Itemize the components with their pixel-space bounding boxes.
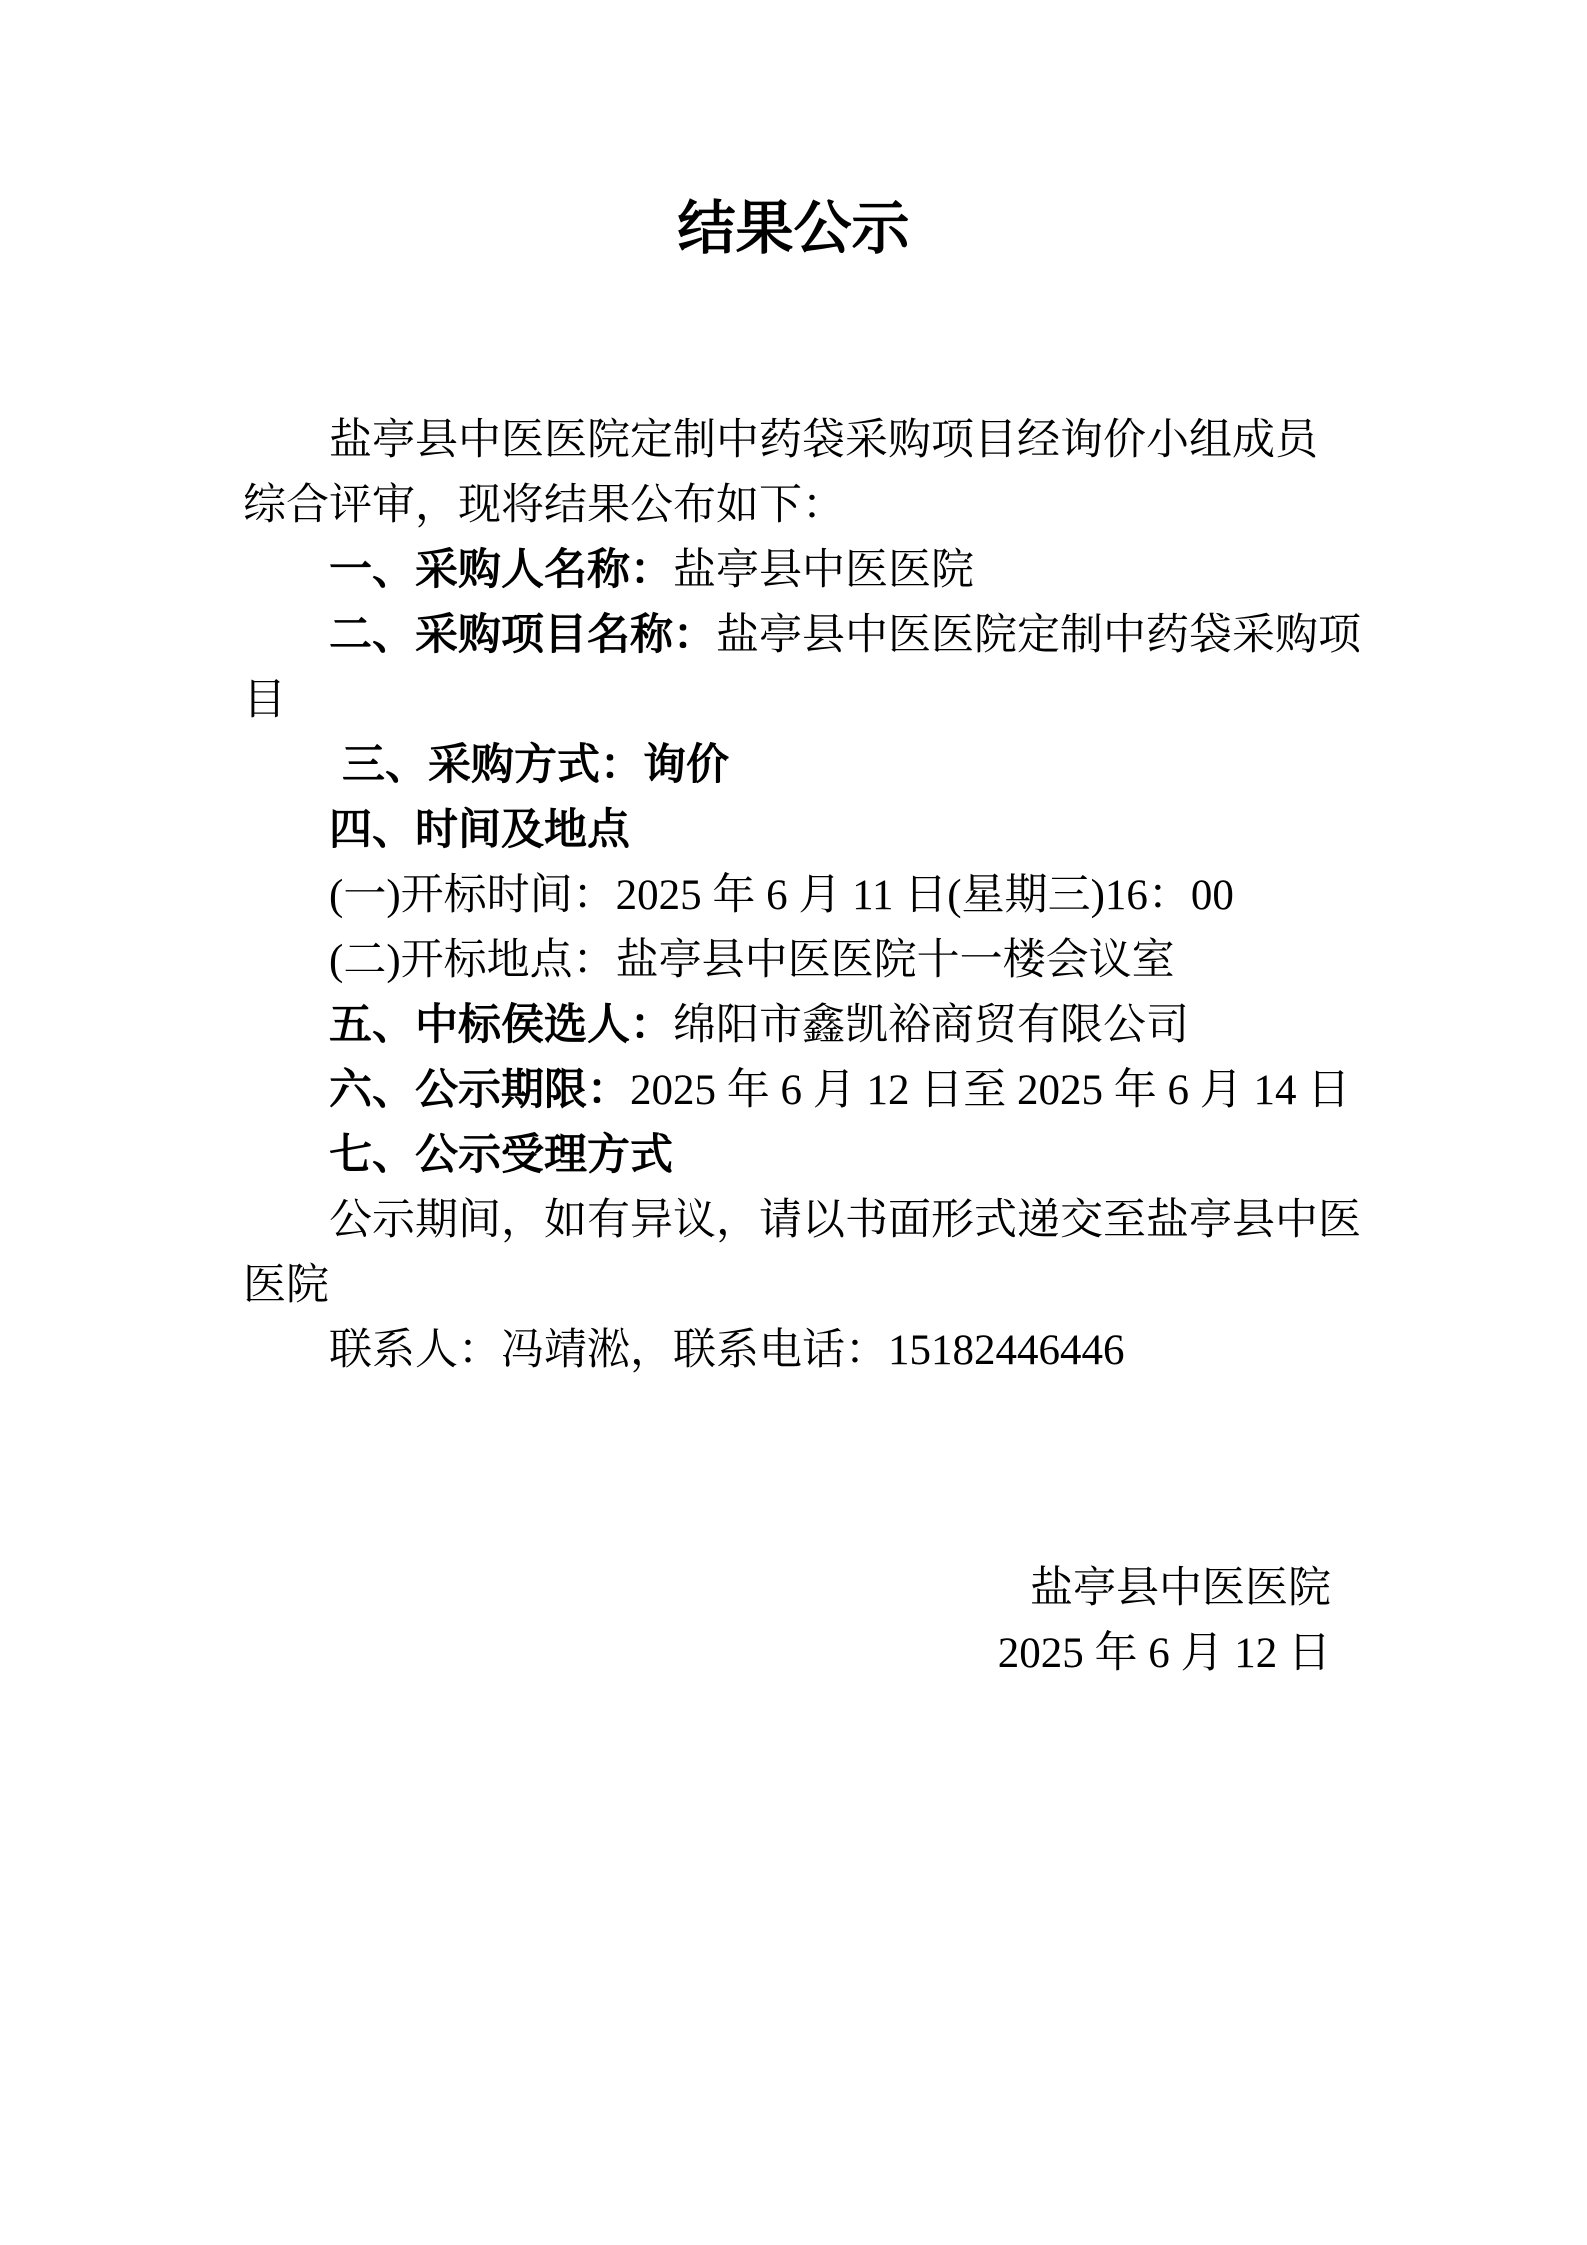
text-segment: 公示期间，如有异议，请以书面形式递交至盐亭县中医 xyxy=(329,1197,1361,1244)
text-segment-bold: 二、采购项目名称： xyxy=(329,612,716,659)
document-title: 结果公示 xyxy=(0,190,1587,268)
signature-date: 2025 年 6 月 12 日 xyxy=(243,1621,1331,1686)
text-line: 医院 xyxy=(243,1253,1353,1318)
text-segment: 2025 年 6 月 12 日至 2025 年 6 月 14 日 xyxy=(630,1067,1350,1114)
text-line: 盐亭县中医医院定制中药袋采购项目经询价小组成员 xyxy=(243,408,1353,473)
text-line: 联系人：冯靖淞，联系电话：15182446446 xyxy=(243,1318,1353,1383)
text-segment: 综合评审，现将结果公布如下： xyxy=(243,482,845,529)
text-segment: 目 xyxy=(243,677,286,724)
text-segment: 医院 xyxy=(243,1262,329,1309)
text-line: (二)开标地点：盐亭县中医医院十一楼会议室 xyxy=(243,928,1353,993)
text-line: (一)开标时间：2025 年 6 月 11 日(星期三)16：00 xyxy=(243,863,1353,928)
text-segment-bold: 七、公示受理方式 xyxy=(329,1132,673,1179)
text-segment-bold: 三、采购方式：询价 xyxy=(342,742,729,789)
text-segment: 绵阳市鑫凯裕商贸有限公司 xyxy=(673,1002,1189,1049)
text-segment: 盐亭县中医医院 xyxy=(673,547,974,594)
text-line: 公示期间，如有异议，请以书面形式递交至盐亭县中医 xyxy=(243,1188,1353,1253)
document-page: 结果公示 盐亭县中医医院定制中药袋采购项目经询价小组成员综合评审，现将结果公布如… xyxy=(0,0,1587,2245)
text-line: 一、采购人名称：盐亭县中医医院 xyxy=(243,538,1353,603)
text-line: 目 xyxy=(243,668,1353,733)
text-segment: (一)开标时间：2025 年 6 月 11 日(星期三)16：00 xyxy=(329,872,1234,919)
document-body: 盐亭县中医医院定制中药袋采购项目经询价小组成员综合评审，现将结果公布如下：一、采… xyxy=(243,408,1353,1383)
text-segment: 盐亭县中医医院定制中药袋采购项 xyxy=(716,612,1361,659)
text-line: 六、公示期限：2025 年 6 月 12 日至 2025 年 6 月 14 日 xyxy=(243,1058,1353,1123)
text-line: 七、公示受理方式 xyxy=(243,1123,1353,1188)
text-line: 四、时间及地点 xyxy=(243,798,1353,863)
text-line: 三、采购方式：询价 xyxy=(243,733,1353,798)
text-segment-bold: 一、采购人名称： xyxy=(329,547,673,594)
text-segment-bold: 五、中标侯选人： xyxy=(329,1002,673,1049)
text-segment: (二)开标地点：盐亭县中医医院十一楼会议室 xyxy=(329,937,1175,984)
text-line: 五、中标侯选人：绵阳市鑫凯裕商贸有限公司 xyxy=(243,993,1353,1058)
text-segment: 联系人：冯靖淞，联系电话：15182446446 xyxy=(329,1327,1125,1374)
text-line: 综合评审，现将结果公布如下： xyxy=(243,473,1353,538)
signature-block: 盐亭县中医医院 2025 年 6 月 12 日 xyxy=(243,1556,1347,1686)
text-line: 二、采购项目名称：盐亭县中医医院定制中药袋采购项 xyxy=(243,603,1353,668)
text-segment-bold: 六、公示期限： xyxy=(329,1067,630,1114)
text-segment: 盐亭县中医医院定制中药袋采购项目经询价小组成员 xyxy=(329,417,1318,464)
text-segment-bold: 四、时间及地点 xyxy=(329,807,630,854)
signature-organization: 盐亭县中医医院 xyxy=(243,1556,1331,1621)
